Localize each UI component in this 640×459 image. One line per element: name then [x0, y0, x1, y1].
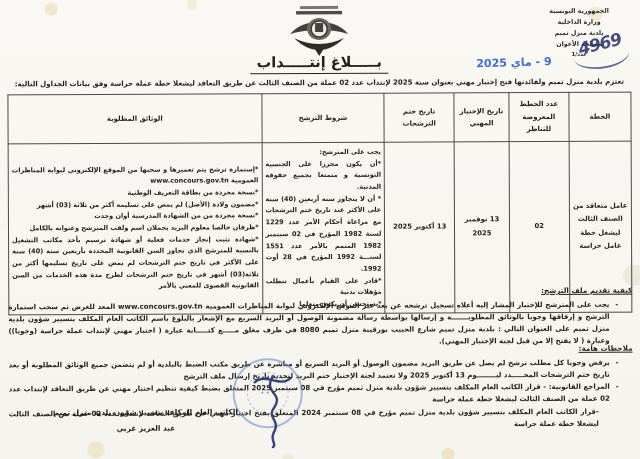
intro-paragraph: تعتزم بلدية منزل تميم ولفائدتها فتح إختب…: [5, 78, 633, 89]
document-item: *نسخة مجردة من بطاقة التعريف الوطنية: [12, 187, 259, 200]
table-header-cell: تاريخ ختم الترشحات: [384, 93, 454, 142]
document-item: *ظرفان خالصا معلوم البريد يحملان اسم ولق…: [12, 222, 259, 235]
table-header-cell: الخطة: [569, 92, 632, 141]
signatory-title: الكاتب العام المكلف بتسيير شؤون بلدية من…: [31, 404, 261, 421]
documents-list: *إستمارة ترشح يتم تعميرها و سحبها من الم…: [12, 164, 259, 294]
submission-section: كيفية تقديم ملف الترشح: يجب على المترشح …: [8, 285, 632, 350]
scanned-document: الجمهورية التونسية وزارة الداخلية بلدية …: [0, 0, 640, 459]
document-item: *شهادة تثبت إنجاز خدمات فعلية أو شهادة ت…: [12, 234, 259, 294]
letterhead-country: الجمهورية التونسية: [533, 6, 625, 17]
signature-block: الكاتب العام المكلف بتسيير شؤون بلدية من…: [31, 404, 261, 436]
municipality-seal-icon: [286, 4, 352, 58]
condition-item: * أن لا يتجاوز سنه أربعين (40) سنة على ا…: [265, 193, 381, 275]
note-item-2: المراجع القانونية: - قرار الكاتب العام ا…: [9, 381, 633, 408]
document-item: *إستمارة ترشح يتم تعميرها و سحبها من الم…: [12, 164, 259, 188]
conditions-intro: يجب على المترشح:: [265, 147, 381, 159]
document-item: *مضمون ولادة (الأصل) لم يمض على تسليمه أ…: [12, 199, 259, 212]
page-title: بـــــلاغ إنتـــــداب: [0, 51, 639, 73]
condition-item: *أن يكون محرزا على الجنسية التونسية و مت…: [265, 158, 381, 194]
table-header-cell: عدد الخطط المعروضة للتناظر: [509, 92, 569, 141]
document-item: *نسخة مجردة من من الشهادة المدرسية أوان …: [12, 211, 259, 224]
table-header-cell: تاريخ الإختبار المهني: [454, 93, 509, 142]
letterhead-ministry: وزارة الداخلية: [533, 17, 625, 28]
table-header-cell: الوثائق المطلوبة: [8, 94, 262, 144]
note-item-1: يرفض وجوبا كل مطلب ترشح لم يصل عن طريق ا…: [9, 356, 633, 383]
recruitment-table: الخطةعدد الخطط المعروضة للتناظرتاريخ الإ…: [7, 92, 632, 315]
table-header-row: الخطةعدد الخطط المعروضة للتناظرتاريخ الإ…: [8, 92, 631, 144]
signatory-name: عبد العزيز غربي: [31, 420, 261, 437]
table-header-cell: شروط الترشح: [262, 93, 385, 143]
